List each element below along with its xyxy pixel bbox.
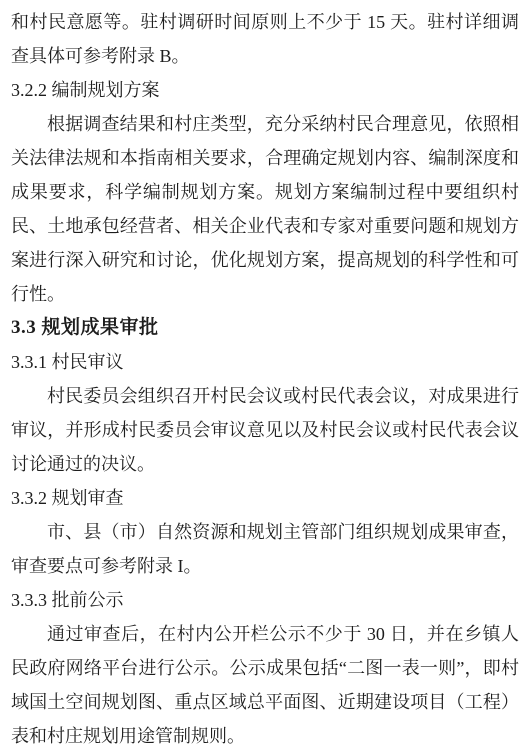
section-heading-3-3: 3.3 规划成果审批 [11, 311, 519, 345]
section-heading-3-3-3: 3.3.3 批前公示 [11, 583, 519, 617]
section-heading-3-3-1: 3.3.1 村民审议 [11, 345, 519, 379]
section-heading-3-2-2: 3.2.2 编制规划方案 [11, 73, 519, 107]
paragraph-pre-approval-publicity: 通过审查后，在村内公开栏公示不少于 30 日，并在乡镇人民政府网络平台进行公示。… [11, 617, 519, 753]
paragraph-survey-continuation: 和村民意愿等。驻村调研时间原则上不少于 15 天。驻村详细调查具体可参考附录 B… [11, 5, 519, 73]
section-heading-3-3-2: 3.3.2 规划审查 [11, 481, 519, 515]
paragraph-villager-deliberation: 村民委员会组织召开村民会议或村民代表会议，对成果进行审议，并形成村民委员会审议意… [11, 379, 519, 481]
paragraph-plan-drafting: 根据调查结果和村庄类型，充分采纳村民合理意见，依照相关法律法规和本指南相关要求，… [11, 107, 519, 311]
paragraph-plan-review: 市、县（市）自然资源和规划主管部门组织规划成果审查，审查要点可参考附录 I。 [11, 515, 519, 583]
document-page: 和村民意愿等。驻村调研时间原则上不少于 15 天。驻村详细调查具体可参考附录 B… [0, 0, 530, 755]
